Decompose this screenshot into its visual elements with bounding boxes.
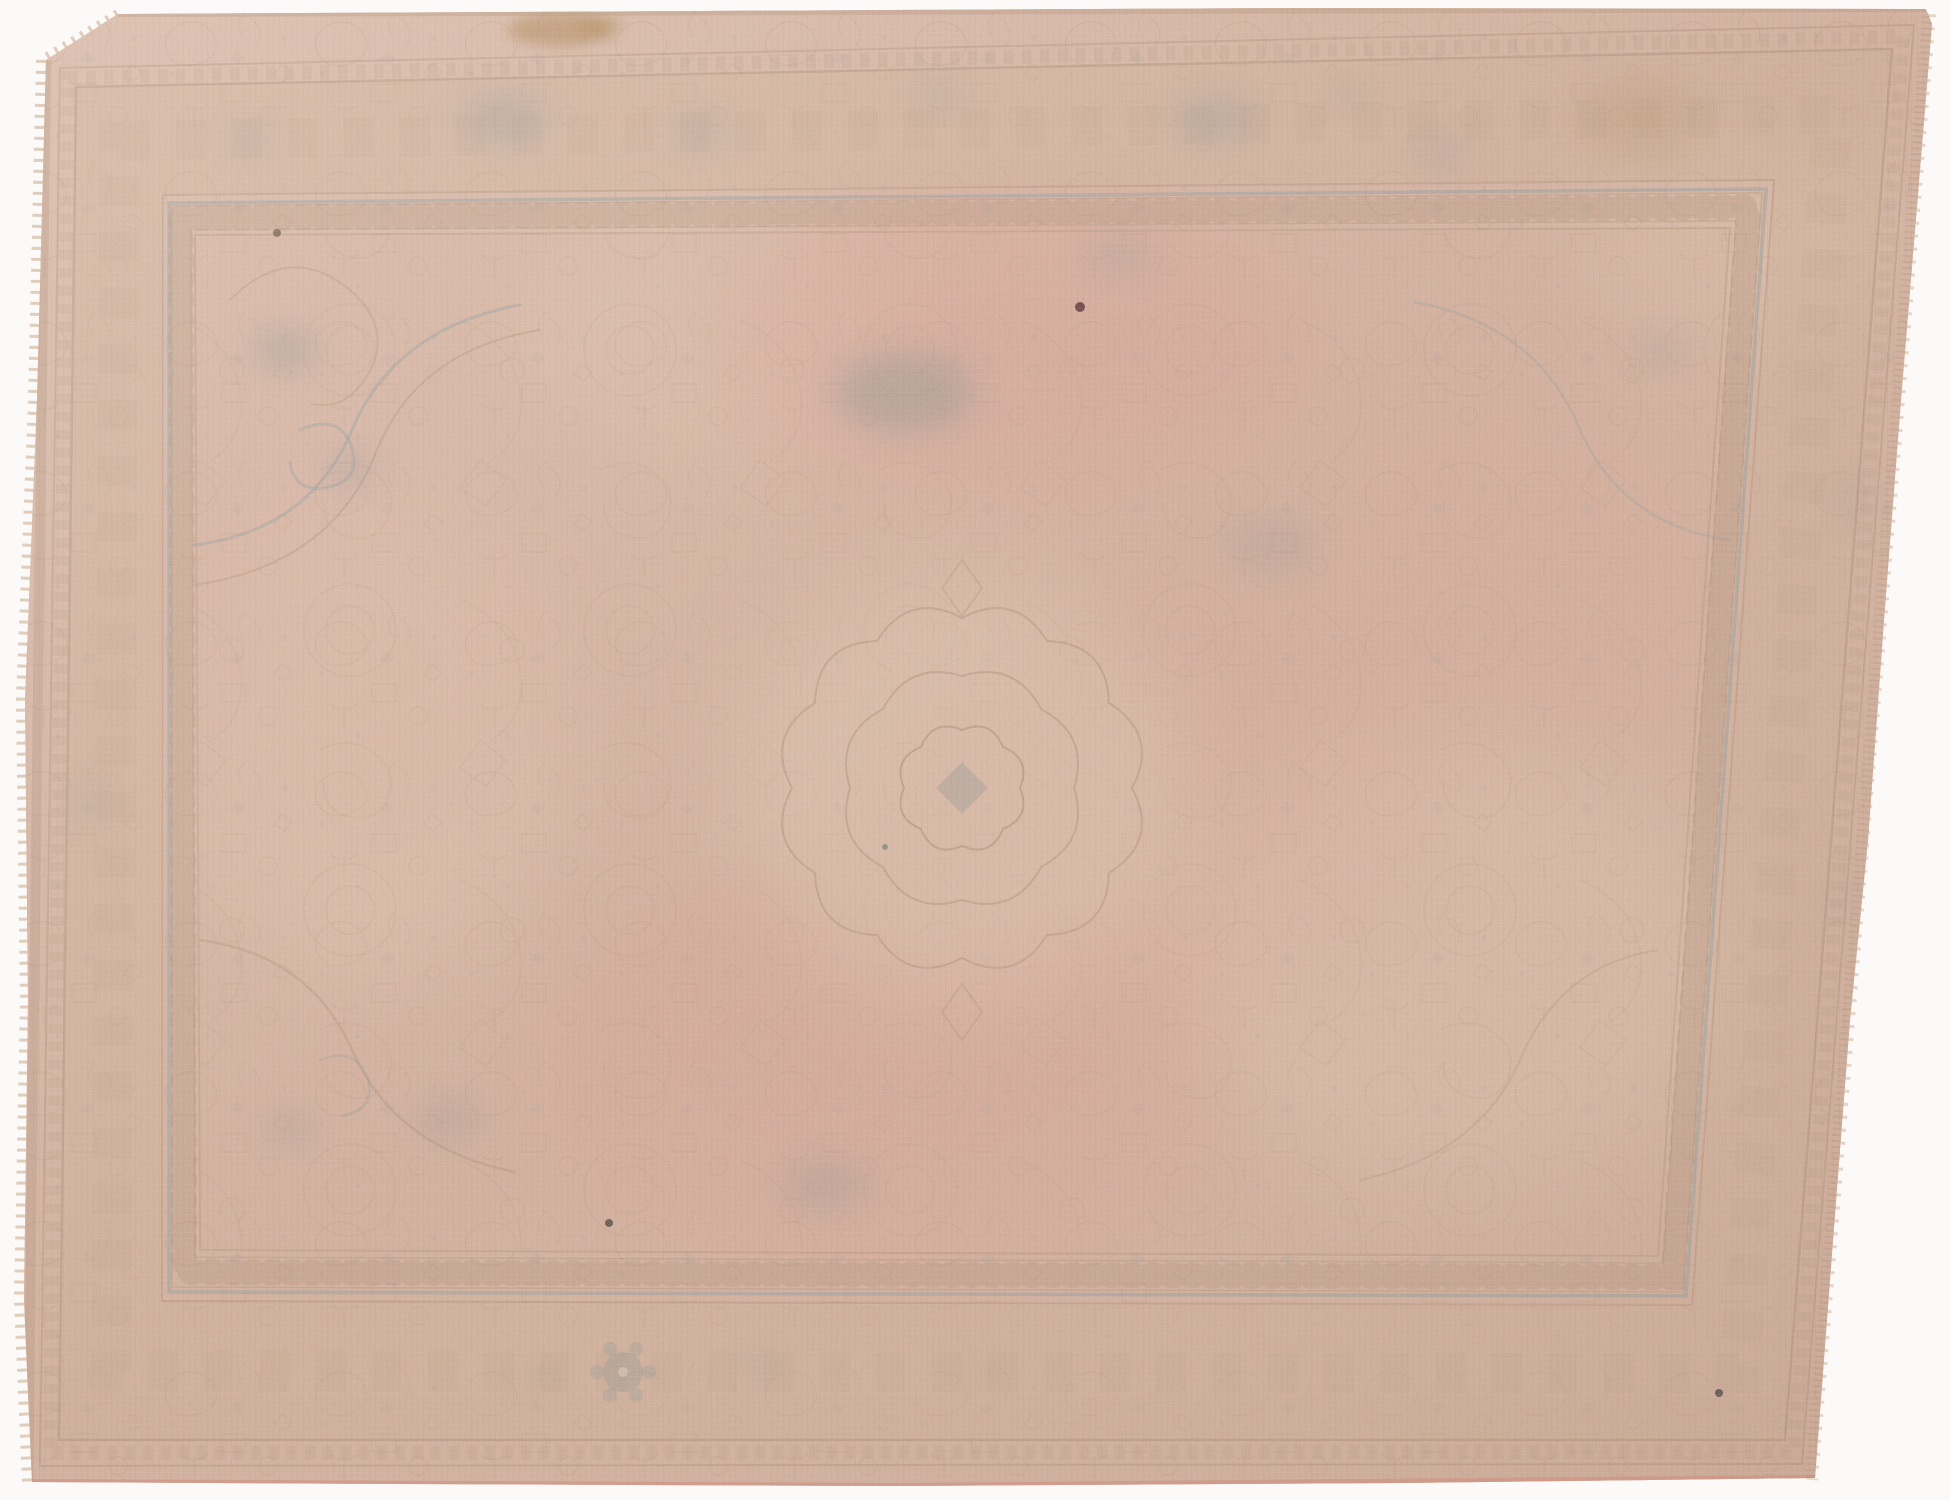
- rug-photo-canvas: [0, 0, 1950, 1500]
- rug-surface: [0, 0, 1950, 1500]
- rug-photograph: Top-down photograph of a heavily faded v…: [0, 0, 1950, 1500]
- light-vignette: [0, 0, 1950, 1500]
